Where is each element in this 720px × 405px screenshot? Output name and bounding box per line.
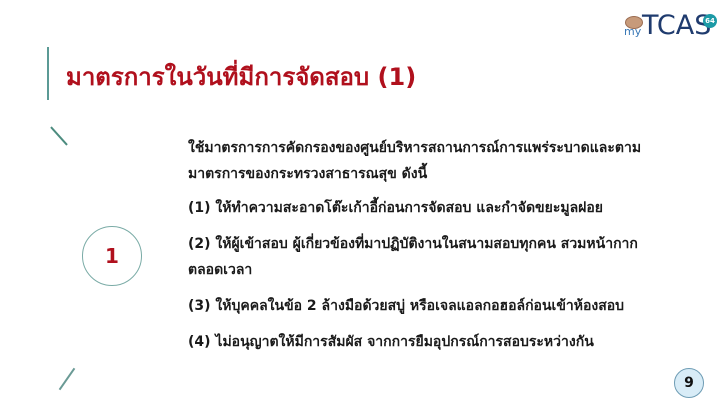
list-item: (3) ให้บุคคลในข้อ 2 ล้างมือด้วยสบู่ หรือ…	[188, 293, 688, 319]
section-number-circle: 1	[82, 226, 142, 286]
logo-name: TCAS	[642, 10, 711, 41]
slide-content: ใช้มาตรการการคัดกรองของศูนย์บริหารสถานกา…	[188, 135, 688, 355]
list-item: (2) ให้ผู้เข้าสอบ ผู้เกี่ยวข้องที่มาปฏิบ…	[188, 231, 688, 257]
decorative-line-bottom	[59, 368, 76, 390]
slide-title: มาตรการในวันที่มีการจัดสอบ (1)	[66, 57, 416, 96]
list-item: (4) ไม่อนุญาตให้มีการสัมผัส จากการยืมอุป…	[188, 329, 688, 355]
title-accent-bar	[47, 47, 49, 100]
mytcas-logo: my TCAS 64	[620, 6, 720, 42]
page-number-badge: 9	[674, 368, 704, 398]
decorative-line-top	[50, 126, 68, 145]
intro-line-2: มาตรการของกระทรวงสาธารณสุข ดังนี้	[188, 161, 688, 187]
logo-prefix: my	[624, 25, 641, 38]
list-item: (1) ให้ทำความสะอาดโต๊ะเก้าอี้ก่อนการจัดส…	[188, 195, 688, 221]
intro-line-1: ใช้มาตรการการคัดกรองของศูนย์บริหารสถานกา…	[188, 135, 688, 161]
logo-badge: 64	[703, 14, 717, 28]
list-item-continuation: ตลอดเวลา	[188, 257, 688, 283]
